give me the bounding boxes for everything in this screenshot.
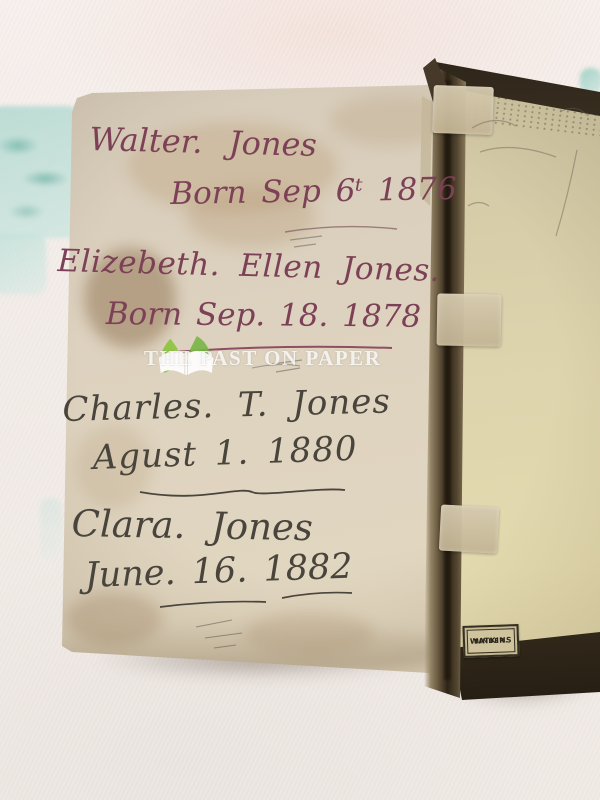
tape-repair (432, 85, 494, 135)
watermark-text: THE PAST ON PAPER (144, 346, 381, 371)
handwriting-name-walter: Walter. Jones (89, 120, 317, 164)
handwriting-date-walter: Born Sep 6ᵗ 1876 (170, 171, 457, 212)
binder-label: WATKINS BINDER. (462, 624, 519, 658)
handwriting-date-elizebeth: Born Sep. 18. 1878 (106, 296, 422, 335)
handwriting-name-clara: Clara. Jones (71, 502, 313, 549)
tablecloth-teal-damask-patch (0, 106, 78, 238)
spine-crevice (444, 80, 451, 680)
tablecloth-teal-damask-patch (0, 234, 46, 294)
photo-antique-book: Walter. Jones Born Sep 6ᵗ 1876 Elizebeth… (0, 0, 600, 800)
tape-repair (439, 505, 499, 554)
binder-label-line2: BINDER. (474, 637, 508, 645)
tablecloth-teal-damask-patch (40, 498, 62, 560)
tape-repair (437, 293, 502, 346)
